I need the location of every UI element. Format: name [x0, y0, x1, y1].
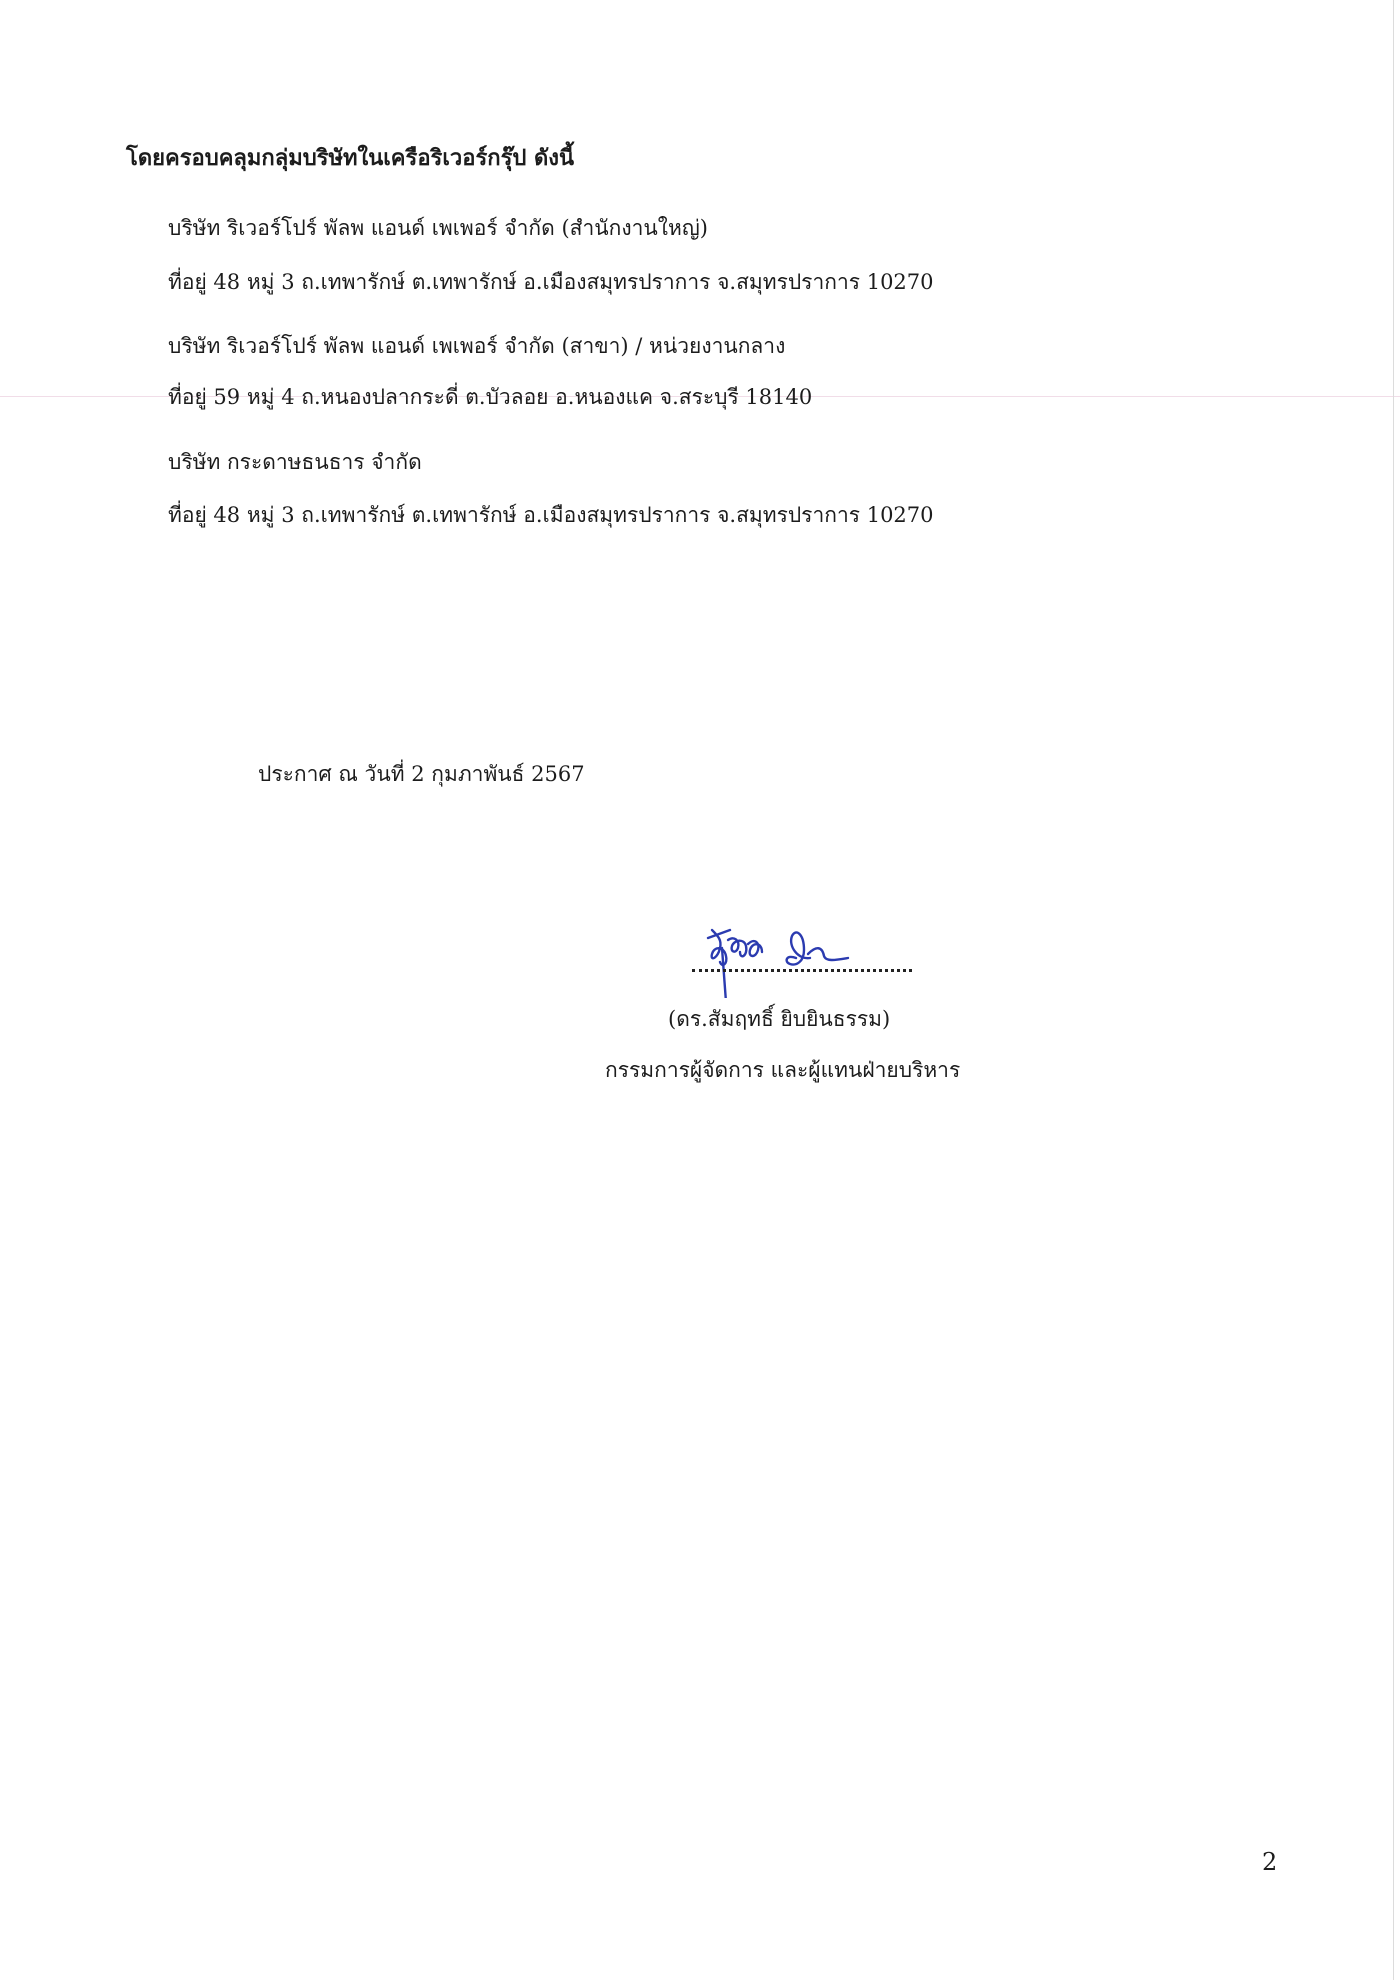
- company-3-name: บริษัท กระดาษธนธาร จำกัด: [168, 450, 422, 475]
- page-number: 2: [1262, 1848, 1277, 1877]
- company-1-address: ที่อยู่ 48 หมู่ 3 ถ.เทพารักษ์ ต.เทพารักษ…: [168, 270, 934, 295]
- signatory-title: กรรมการผู้จัดการ และผู้แทนฝ่ายบริหาร: [605, 1058, 960, 1083]
- announcement-date: ประกาศ ณ วันที่ 2 กุมภาพันธ์ 2567: [258, 762, 585, 787]
- signatory-name: (ดร.สัมฤทธิ์ ยิบยินธรรม): [668, 1007, 890, 1032]
- scan-page-edge: [1393, 0, 1394, 1980]
- company-1-name: บริษัท ริเวอร์โปร์ พัลพ แอนด์ เพเพอร์ จำ…: [168, 216, 708, 241]
- company-3-address: ที่อยู่ 48 หมู่ 3 ถ.เทพารักษ์ ต.เทพารักษ…: [168, 503, 934, 528]
- coverage-heading: โดยครอบคลุมกลุ่มบริษัทในเครือริเวอร์กรุ๊…: [126, 145, 574, 171]
- company-2-name: บริษัท ริเวอร์โปร์ พัลพ แอนด์ เพเพอร์ จำ…: [168, 334, 785, 359]
- signature-icon: [700, 918, 920, 998]
- signature-line: [692, 965, 912, 972]
- company-2-address: ที่อยู่ 59 หมู่ 4 ถ.หนองปลากระดี่ ต.บัวล…: [168, 385, 812, 410]
- document-page: โดยครอบคลุมกลุ่มบริษัทในเครือริเวอร์กรุ๊…: [0, 0, 1400, 1980]
